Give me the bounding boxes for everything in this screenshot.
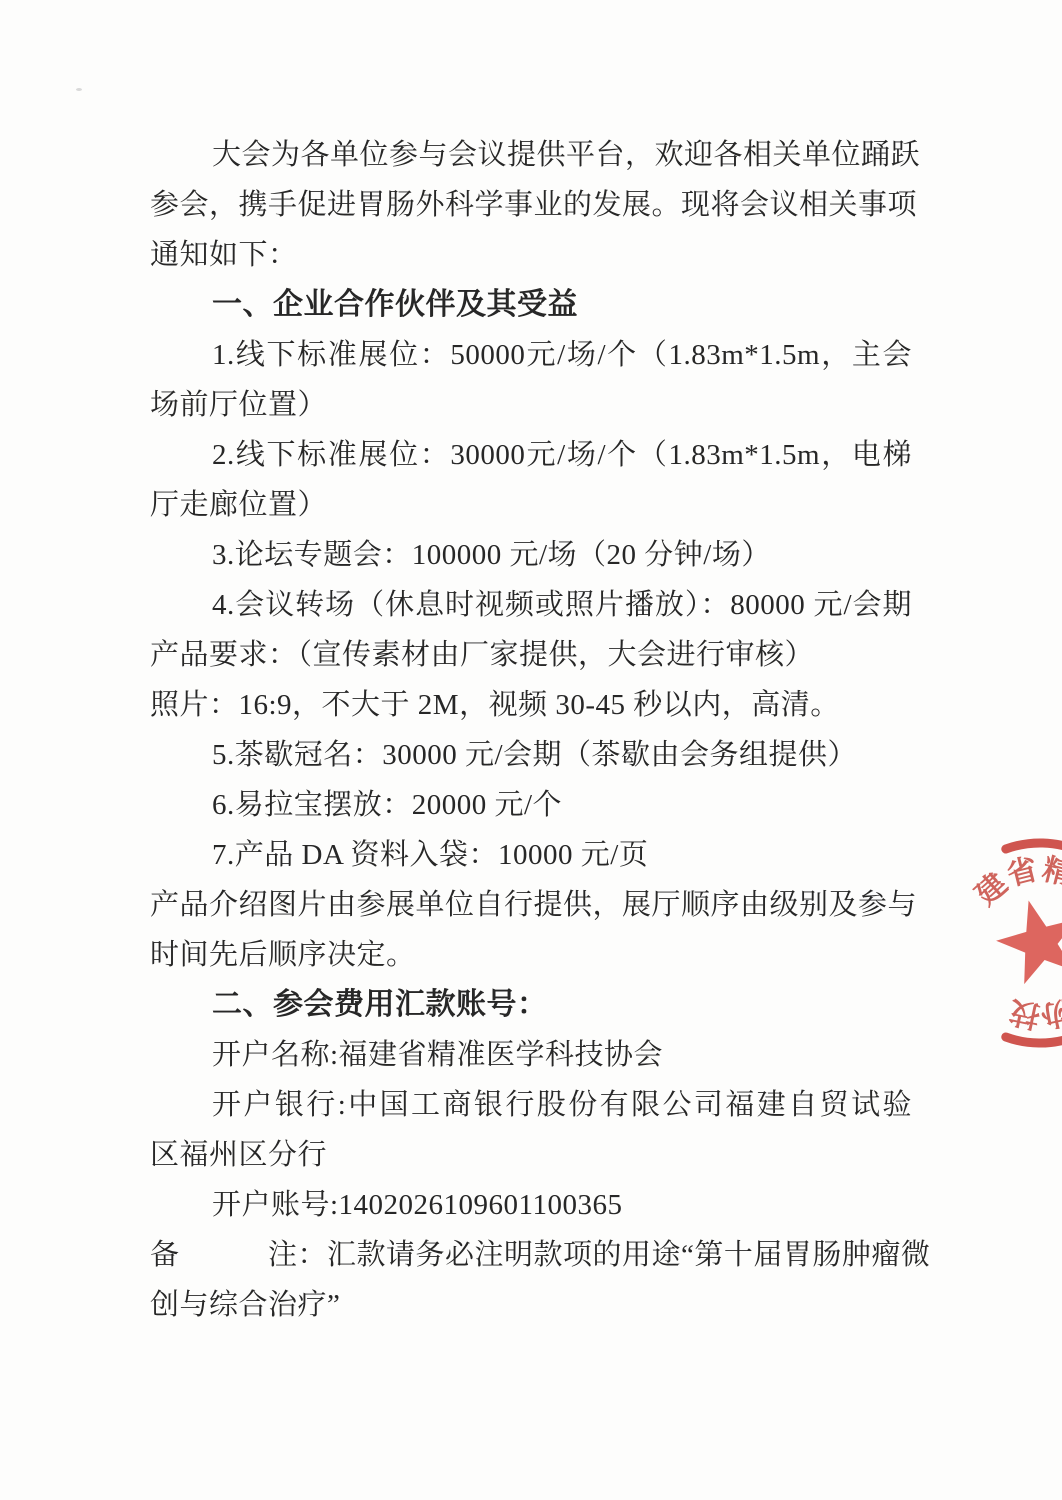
text-line: 1.线下标准展位：50000元/场/个（1.83m*1.5m，主会 [150,330,912,380]
text-line: 4.会议转场（休息时视频或照片播放）：80000 元/会期 [150,580,912,630]
text-line: 场前厅位置） [150,380,912,430]
scan-artifact [76,88,82,91]
text-line: 大会为各单位参与会议提供平台，欢迎各相关单位踊跃 [150,130,912,180]
document-body: 大会为各单位参与会议提供平台，欢迎各相关单位踊跃参会，携手促进胃肠外科学事业的发… [150,130,912,1330]
text-line: 备 注：汇款请务必注明款项的用途“第十届胃肠肿瘤微 [150,1230,912,1280]
text-line: 照片：16:9，不大于 2M，视频 30-45 秒以内，高清。 [150,680,912,730]
text-line: 产品要求：（宣传素材由厂家提供，大会进行审核） [150,630,912,680]
text-line: 厅走廊位置） [150,480,912,530]
text-line: 6.易拉宝摆放：20000 元/个 [150,780,912,830]
text-line: 7.产品 DA 资料入袋：10000 元/页 [150,830,912,880]
official-seal-stamp: 建 省 精 技 协 [935,780,1062,1130]
text-line: 区福州区分行 [150,1130,912,1180]
text-line: 创与综合治疗” [150,1280,912,1330]
text-line: 开户账号:1402026109601100365 [150,1180,912,1230]
text-line: 时间先后顺序决定。 [150,930,912,980]
text-line: 5.茶歇冠名：30000 元/会期（茶歇由会务组提供） [150,730,912,780]
text-line: 参会，携手促进胃肠外科学事业的发展。现将会议相关事项 [150,180,912,230]
section-heading: 二、参会费用汇款账号： [150,980,912,1030]
text-line: 产品介绍图片由参展单位自行提供，展厅顺序由级别及参与 [150,880,912,930]
text-line: 通知如下： [150,230,912,280]
text-line: 开户名称:福建省精准医学科技协会 [150,1030,912,1080]
text-line: 3.论坛专题会：100000 元/场（20 分钟/场） [150,530,912,580]
document-page: 大会为各单位参与会议提供平台，欢迎各相关单位踊跃参会，携手促进胃肠外科学事业的发… [0,0,1062,1500]
seal-ring-char: 技 [1007,994,1043,1033]
text-line: 开户银行:中国工商银行股份有限公司福建自贸试验 [150,1080,912,1130]
seal-star-icon [996,901,1062,985]
seal-ring-char: 省 [1004,853,1041,892]
seal-ring-char: 精 [1039,853,1062,892]
section-heading: 一、企业合作伙伴及其受益 [150,280,912,330]
text-line: 2.线下标准展位：30000元/场/个（1.83m*1.5m，电梯 [150,430,912,480]
